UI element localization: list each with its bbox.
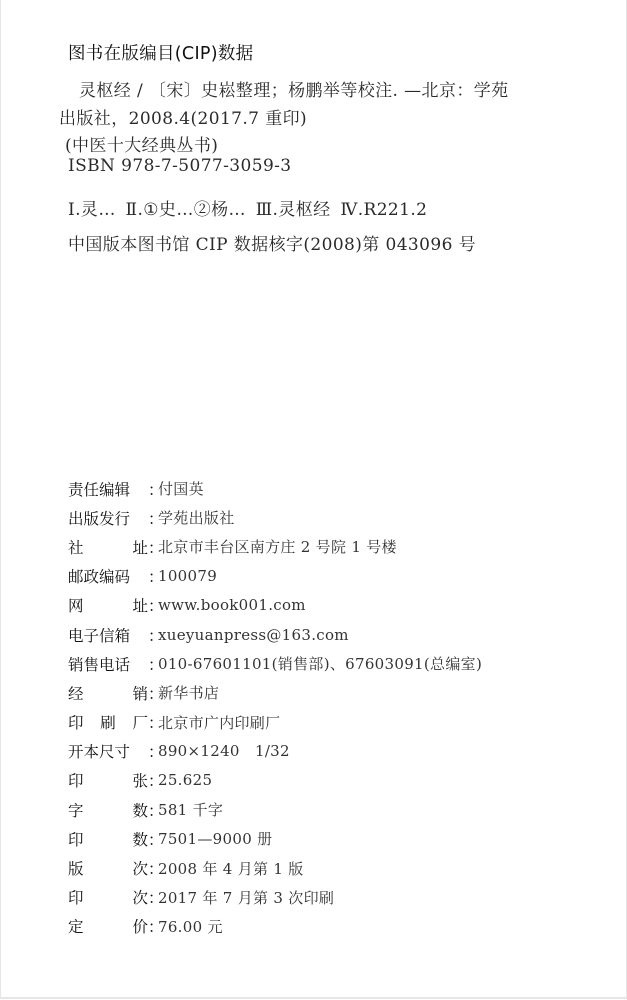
- colophon-row-printing: 印次 ： 2017 年 7 月第 3 次印刷: [68, 883, 482, 912]
- cip-record-number-line: 中国版本图书馆 CIP 数据核字(2008)第 043096 号: [68, 230, 476, 255]
- colophon-value: 付国英: [158, 478, 204, 499]
- cip-isbn-line: ISBN 978-7-5077-3059-3: [68, 156, 292, 176]
- cip-heading: 图书在版编目(CIP)数据: [68, 40, 254, 65]
- colophon-label: 定价: [68, 915, 148, 937]
- colophon-label: 邮政编码: [68, 565, 148, 587]
- colophon-label: 出版发行: [68, 507, 148, 529]
- colophon-label: 电子信箱: [68, 624, 148, 646]
- email-address: xueyuanpress@163.com: [158, 626, 349, 644]
- colophon-row-distributor: 经销 ： 新华书店: [68, 678, 482, 707]
- colophon-value: 北京市广内印刷厂: [158, 712, 280, 733]
- cip-entry-line-2: 出版社，2008.4(2017.7 重印): [59, 104, 307, 129]
- colophon-label: 印次: [68, 886, 148, 908]
- colophon-label: 印数: [68, 828, 148, 850]
- colophon-row-editor: 责任编辑 ： 付国英: [68, 474, 482, 503]
- colophon-row-word-count: 字数 ： 581 千字: [68, 795, 482, 824]
- colophon-value: 890×1240 1/32: [158, 742, 290, 760]
- cip-series-line: (中医十大经典丛书): [65, 131, 218, 156]
- colophon-value: 学苑出版社: [158, 507, 235, 528]
- colophon-value: 25.625: [158, 771, 212, 789]
- colophon-label: 印张: [68, 769, 148, 791]
- colophon-label: 版次: [68, 857, 148, 879]
- colophon-value: 北京市丰台区南方庄 2 号院 1 号楼: [158, 536, 397, 557]
- colophon-row-price: 定价 ： 76.00 元: [68, 912, 482, 941]
- colophon-label: 社址: [68, 536, 148, 558]
- colophon-value: 581 千字: [158, 799, 223, 820]
- colophon-label: 印刷厂: [68, 711, 148, 733]
- colophon-value: 2008 年 4 月第 1 版: [158, 858, 304, 879]
- colophon-row-print-run: 印数 ： 7501—9000 册: [68, 824, 482, 853]
- colophon-label: 开本尺寸: [68, 740, 148, 762]
- cip-entry-line-1: 灵枢经 / 〔宋〕史崧整理；杨鹏举等校注. —北京：学苑: [79, 76, 509, 101]
- colophon-row-publisher: 出版发行 ： 学苑出版社: [68, 503, 482, 532]
- colophon-value: 新华书店: [158, 682, 219, 703]
- colophon-label: 责任编辑: [68, 478, 148, 500]
- colophon-value: 7501—9000 册: [158, 828, 272, 849]
- colophon-row-edition: 版次 ： 2008 年 4 月第 1 版: [68, 853, 482, 882]
- colophon-row-postcode: 邮政编码 ： 100079: [68, 562, 482, 591]
- colophon-value: 100079: [158, 567, 217, 585]
- colophon-value: 010-67601101(销售部)、67603091(总编室): [158, 653, 482, 674]
- colophon-label: 经销: [68, 682, 148, 704]
- colophon-label: 字数: [68, 799, 148, 821]
- colophon-row-printer: 印刷厂 ： 北京市广内印刷厂: [68, 708, 482, 737]
- cip-classification-line: Ⅰ.灵… Ⅱ.①史…②杨… Ⅲ.灵枢经 Ⅳ.R221.2: [68, 195, 427, 220]
- colophon-value: 2017 年 7 月第 3 次印刷: [158, 887, 334, 908]
- colophon-row-sheets: 印张 ： 25.625: [68, 766, 482, 795]
- copyright-page: 图书在版编目(CIP)数据 灵枢经 / 〔宋〕史崧整理；杨鹏举等校注. —北京：…: [0, 0, 627, 999]
- website-link: www.book001.com: [158, 596, 306, 614]
- colophon-row-sales-phone: 销售电话 ： 010-67601101(销售部)、67603091(总编室): [68, 649, 482, 678]
- colophon-row-address: 社址 ： 北京市丰台区南方庄 2 号院 1 号楼: [68, 532, 482, 561]
- colophon-row-email: 电子信箱 ： xueyuanpress@163.com: [68, 620, 482, 649]
- colophon-row-website: 网址 ： www.book001.com: [68, 591, 482, 620]
- colophon-row-format: 开本尺寸 ： 890×1240 1/32: [68, 737, 482, 766]
- price-value: 76.00 元: [158, 916, 223, 937]
- colophon-table: 责任编辑 ： 付国英 出版发行 ： 学苑出版社 社址 ： 北京市丰台区南方庄 2…: [68, 474, 482, 941]
- colophon-label: 网址: [68, 594, 148, 616]
- colophon-label: 销售电话: [68, 653, 148, 675]
